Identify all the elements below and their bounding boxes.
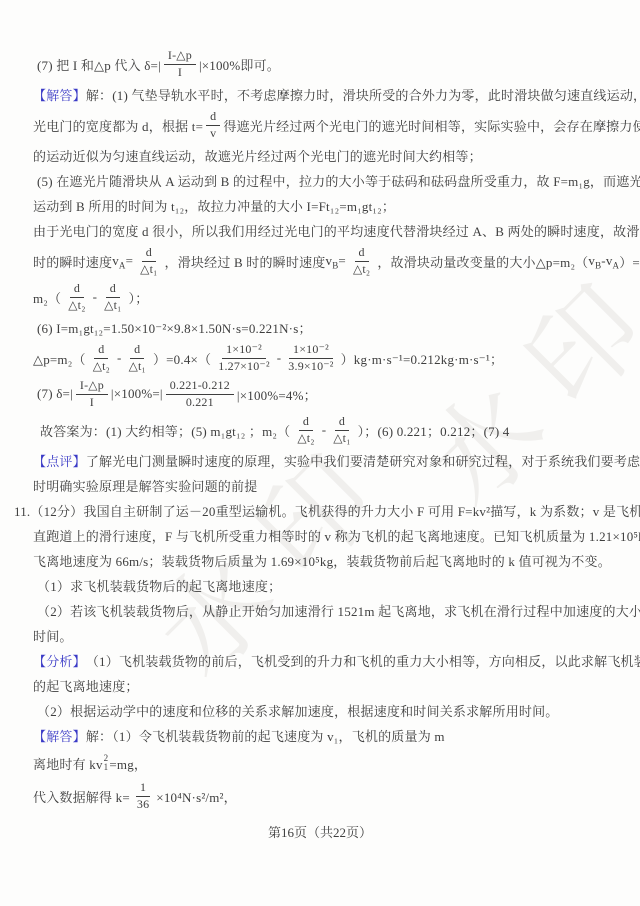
- text-run: ×10⁴N·s²/m²，: [156, 787, 237, 806]
- text-run: 解：(1) 气垫导轨水平时，不考虑摩擦力时，滑块所受的合外力为零，此时滑块做匀速…: [86, 85, 640, 104]
- text-run: m₂（: [33, 288, 61, 307]
- fraction: dv: [206, 110, 220, 141]
- doc-line: 时间。: [33, 623, 618, 648]
- text-run: （1）求飞机装载货物后的起飞离地速度；: [37, 576, 281, 595]
- text-run: =mg，: [109, 754, 147, 773]
- stacked-sub-sup: 21: [104, 754, 109, 773]
- fraction-numerator: 0.221-0.212: [166, 379, 234, 395]
- text-run: 代入数据解得 k=: [33, 787, 130, 806]
- text-run: ）kg·m·s⁻¹=0.212kg·m·s⁻¹；: [341, 349, 504, 368]
- text-run: 解：（1）令飞机装载货物前的起飞速度为 v₁，飞机的质量为 m: [86, 726, 445, 745]
- text-run: -: [322, 422, 327, 438]
- fraction-numerator: I-△p: [164, 49, 196, 65]
- text-run: ）=: [619, 252, 640, 271]
- fraction-numerator: d: [355, 246, 369, 262]
- fraction-denominator: △t₁: [329, 431, 354, 446]
- fraction-numerator: d: [94, 343, 108, 359]
- doc-line: (7) δ=|I-△pI|×100%=|0.221-0.2120.221|×10…: [33, 376, 618, 412]
- doc-line: 光电门的宽度都为 d，根据 t=dv得遮光片经过两个光电门的遮光时间相等，实际实…: [33, 107, 618, 143]
- fraction-denominator: △t₂: [64, 298, 89, 313]
- doc-line: 离地时有 kv21=mg，: [33, 748, 618, 778]
- fraction-numerator: d: [142, 246, 156, 262]
- fraction: d△t₂: [349, 246, 374, 277]
- fraction-denominator: △t₁: [136, 262, 161, 277]
- text-run: (5) 在遮光片随滑块从 A 运动到 B 的过程中，拉力的大小等于砝码和砝码盘所…: [37, 171, 640, 190]
- doc-line: 时明确实验原理是解答实验问题的前提: [33, 473, 618, 498]
- fraction-denominator: △t₁: [100, 298, 125, 313]
- text-run: （1）飞机装载货物的前后，飞机受到的升力和飞机的重力大小相等，方向相反，以此求解…: [86, 651, 640, 670]
- fraction-denominator: △t₂: [89, 359, 114, 374]
- fraction: d△t₁: [125, 343, 150, 374]
- fraction-numerator: 1: [136, 781, 150, 797]
- text-run: ）；: [129, 288, 149, 307]
- fraction-denominator: v: [206, 126, 220, 141]
- text-run: 时间。: [33, 626, 73, 645]
- var-with-subscript: vA: [606, 253, 619, 269]
- page-footer: 第16页（共22页）: [0, 822, 640, 841]
- text-run: =: [338, 253, 346, 269]
- text-run: ，故滑块动量改变量的大小△p=m₂（: [377, 252, 588, 271]
- exam-solution-page: 水印 水印 (7) 把 I 和△p 代入 δ=|I-△pI|×100%即可。【解…: [0, 0, 640, 906]
- doc-line: 11.（12分）我国自主研制了运－20重型运输机。飞机获得的升力大小 F 可用 …: [14, 498, 618, 523]
- doc-line: 代入数据解得 k=136×10⁴N·s²/m²，: [33, 778, 618, 814]
- doc-line: 直跑道上的滑行速度，F 与飞机所受重力相等时的 v 称为飞机的起飞离地速度。已知…: [33, 523, 618, 548]
- section-tag: 【解答】: [33, 85, 86, 104]
- fraction-denominator: I: [86, 395, 98, 410]
- text-run: 的运动近似为匀速直线运动，故遮光片经过两个光电门的遮光时间大约相等；: [33, 146, 482, 165]
- text-run: 11.（12分）我国自主研制了运－20重型运输机。飞机获得的升力大小 F 可用 …: [14, 501, 640, 520]
- text-run: 光电门的宽度都为 d，根据 t=: [33, 116, 203, 135]
- doc-line: (6) I=m₁gt₁₂=1.50×10⁻²×9.8×1.50N·s=0.221…: [33, 315, 618, 340]
- text-run: （2）根据运动学中的速度和位移的关系求解加速度，根据速度和时间关系求解所用时间。: [37, 701, 559, 720]
- text-run: =: [126, 253, 134, 269]
- fraction-denominator: △t₂: [349, 262, 374, 277]
- var-with-subscript: vB: [588, 253, 601, 269]
- fraction: d△t₂: [64, 282, 89, 313]
- doc-line: 【点评】了解光电门测量瞬时速度的原理，实验中我们要清楚研究对象和研究过程，对于系…: [33, 448, 618, 473]
- text-run: -: [93, 289, 98, 305]
- text-run: 时明确实验原理是解答实验问题的前提: [33, 476, 257, 495]
- fraction: 1×10⁻²1.27×10⁻²: [214, 343, 274, 374]
- fraction-numerator: d: [70, 282, 84, 298]
- fraction: d△t₂: [293, 415, 318, 446]
- text-run: |×100%即可。: [199, 55, 280, 74]
- fraction-numerator: 1×10⁻²: [289, 343, 333, 359]
- fraction: d△t₁: [329, 415, 354, 446]
- doc-line: 【解答】解：(1) 气垫导轨水平时，不考虑摩擦力时，滑块所受的合外力为零，此时滑…: [33, 82, 618, 107]
- var-with-subscript: vA: [112, 253, 125, 269]
- fraction-numerator: d: [106, 282, 120, 298]
- fraction: d△t₁: [100, 282, 125, 313]
- text-run: ，滑块经过 B 时的瞬时速度: [165, 252, 326, 271]
- doc-line: m₂（d△t₂-d△t₁）；: [33, 279, 618, 315]
- fraction-denominator: 0.221: [182, 395, 218, 410]
- text-run: 直跑道上的滑行速度，F 与飞机所受重力相等时的 v 称为飞机的起飞离地速度。已知…: [33, 526, 640, 545]
- doc-line: 【分析】（1）飞机装载货物的前后，飞机受到的升力和飞机的重力大小相等，方向相反，…: [33, 648, 618, 673]
- fraction-numerator: I-△p: [76, 379, 108, 395]
- text-run: △p=m₂（: [33, 349, 86, 368]
- fraction-denominator: 36: [133, 797, 153, 812]
- var-with-subscript: vB: [326, 253, 339, 269]
- fraction: 1×10⁻²3.9×10⁻²: [284, 343, 337, 374]
- doc-line: （1）求飞机装载货物后的起飞离地速度；: [33, 573, 618, 598]
- text-run: 由于光电门的宽度 d 很小，所以我们用经过光电门的平均速度代替滑块经过 A、B …: [33, 221, 640, 240]
- doc-line: 时的瞬时速度 vA=d△t₁，滑块经过 B 时的瞬时速度 vB=d△t₂，故滑块…: [33, 243, 618, 279]
- text-run: -: [277, 350, 282, 366]
- doc-line: （2）根据运动学中的速度和位移的关系求解加速度，根据速度和时间关系求解所用时间。: [33, 698, 618, 723]
- fraction-denominator: △t₂: [293, 431, 318, 446]
- doc-line: 由于光电门的宽度 d 很小，所以我们用经过光电门的平均速度代替滑块经过 A、B …: [33, 218, 618, 243]
- text-run: 时的瞬时速度: [33, 252, 112, 271]
- text-run: 运动到 B 所用的时间为 t₁₂，故拉力冲量的大小 I=Ft₁₂=m₁gt₁₂；: [33, 196, 395, 215]
- doc-line: 故答案为：(1) 大约相等；(5) m₁gt₁₂ ；m₂（d△t₂-d△t₁）；…: [33, 412, 618, 448]
- doc-line: 【解答】解：（1）令飞机装载货物前的起飞速度为 v₁，飞机的质量为 m: [33, 723, 618, 748]
- text-run: 离地时有 kv: [33, 754, 103, 773]
- fraction: I-△pI: [164, 49, 196, 80]
- doc-line: △p=m₂（d△t₂-d△t₁）=0.4×（1×10⁻²1.27×10⁻²-1×…: [33, 340, 618, 376]
- fraction-denominator: 1.27×10⁻²: [214, 359, 274, 374]
- text-run: (7) δ=|: [37, 386, 73, 402]
- fraction-denominator: 3.9×10⁻²: [284, 359, 337, 374]
- section-tag: 【分析】: [33, 651, 86, 670]
- document-body: (7) 把 I 和△p 代入 δ=|I-△pI|×100%即可。【解答】解：(1…: [33, 46, 618, 814]
- text-run: 了解光电门测量瞬时速度的原理，实验中我们要清楚研究对象和研究过程，对于系统我们要…: [86, 451, 640, 470]
- text-run: -: [117, 350, 122, 366]
- section-tag: 【点评】: [33, 451, 86, 470]
- text-run: ）；(6) 0.221；0.212；(7) 4: [358, 421, 510, 440]
- text-run: |×100%=|: [111, 386, 163, 402]
- fraction: d△t₂: [89, 343, 114, 374]
- fraction-numerator: d: [299, 415, 313, 431]
- fraction-denominator: △t₁: [125, 359, 150, 374]
- doc-line: 飞离地速度为 66m/s；装载货物后质量为 1.69×10⁵kg，装载货物前后起…: [33, 548, 618, 573]
- fraction: d△t₁: [136, 246, 161, 277]
- fraction-denominator: I: [174, 65, 186, 80]
- fraction-numerator: 1×10⁻²: [222, 343, 266, 359]
- text-run: （2）若该飞机装载货物后，从静止开始匀加速滑行 1521m 起飞离地，求飞机在滑…: [37, 601, 640, 620]
- fraction: 136: [133, 781, 153, 812]
- text-run: (6) I=m₁gt₁₂=1.50×10⁻²×9.8×1.50N·s=0.221…: [37, 318, 312, 337]
- doc-line: (7) 把 I 和△p 代入 δ=|I-△pI|×100%即可。: [33, 46, 618, 82]
- text-run: |×100%=4%；: [237, 385, 317, 404]
- doc-line: 运动到 B 所用的时间为 t₁₂，故拉力冲量的大小 I=Ft₁₂=m₁gt₁₂；: [33, 193, 618, 218]
- section-tag: 【解答】: [33, 726, 86, 745]
- doc-line: （2）若该飞机装载货物后，从静止开始匀加速滑行 1521m 起飞离地，求飞机在滑…: [33, 598, 618, 623]
- fraction-numerator: d: [130, 343, 144, 359]
- fraction: I-△pI: [76, 379, 108, 410]
- text-run: ）=0.4×（: [153, 349, 211, 368]
- fraction-numerator: d: [335, 415, 349, 431]
- text-run: 飞离地速度为 66m/s；装载货物后质量为 1.69×10⁵kg，装载货物前后起…: [33, 551, 611, 570]
- text-run: 故答案为：(1) 大约相等；(5) m₁gt₁₂ ；m₂（: [40, 421, 290, 440]
- text-run: 的起飞离地速度；: [33, 676, 139, 695]
- fraction-numerator: d: [206, 110, 220, 126]
- doc-line: (5) 在遮光片随滑块从 A 运动到 B 的过程中，拉力的大小等于砝码和砝码盘所…: [33, 168, 618, 193]
- fraction: 0.221-0.2120.221: [166, 379, 234, 410]
- text-run: 得遮光片经过两个光电门的遮光时间相等，实际实验中，会存在摩擦力使得滑块做: [223, 116, 640, 135]
- text-run: (7) 把 I 和△p 代入 δ=|: [37, 55, 161, 74]
- doc-line: 的运动近似为匀速直线运动，故遮光片经过两个光电门的遮光时间大约相等；: [33, 143, 618, 168]
- doc-line: 的起飞离地速度；: [33, 673, 618, 698]
